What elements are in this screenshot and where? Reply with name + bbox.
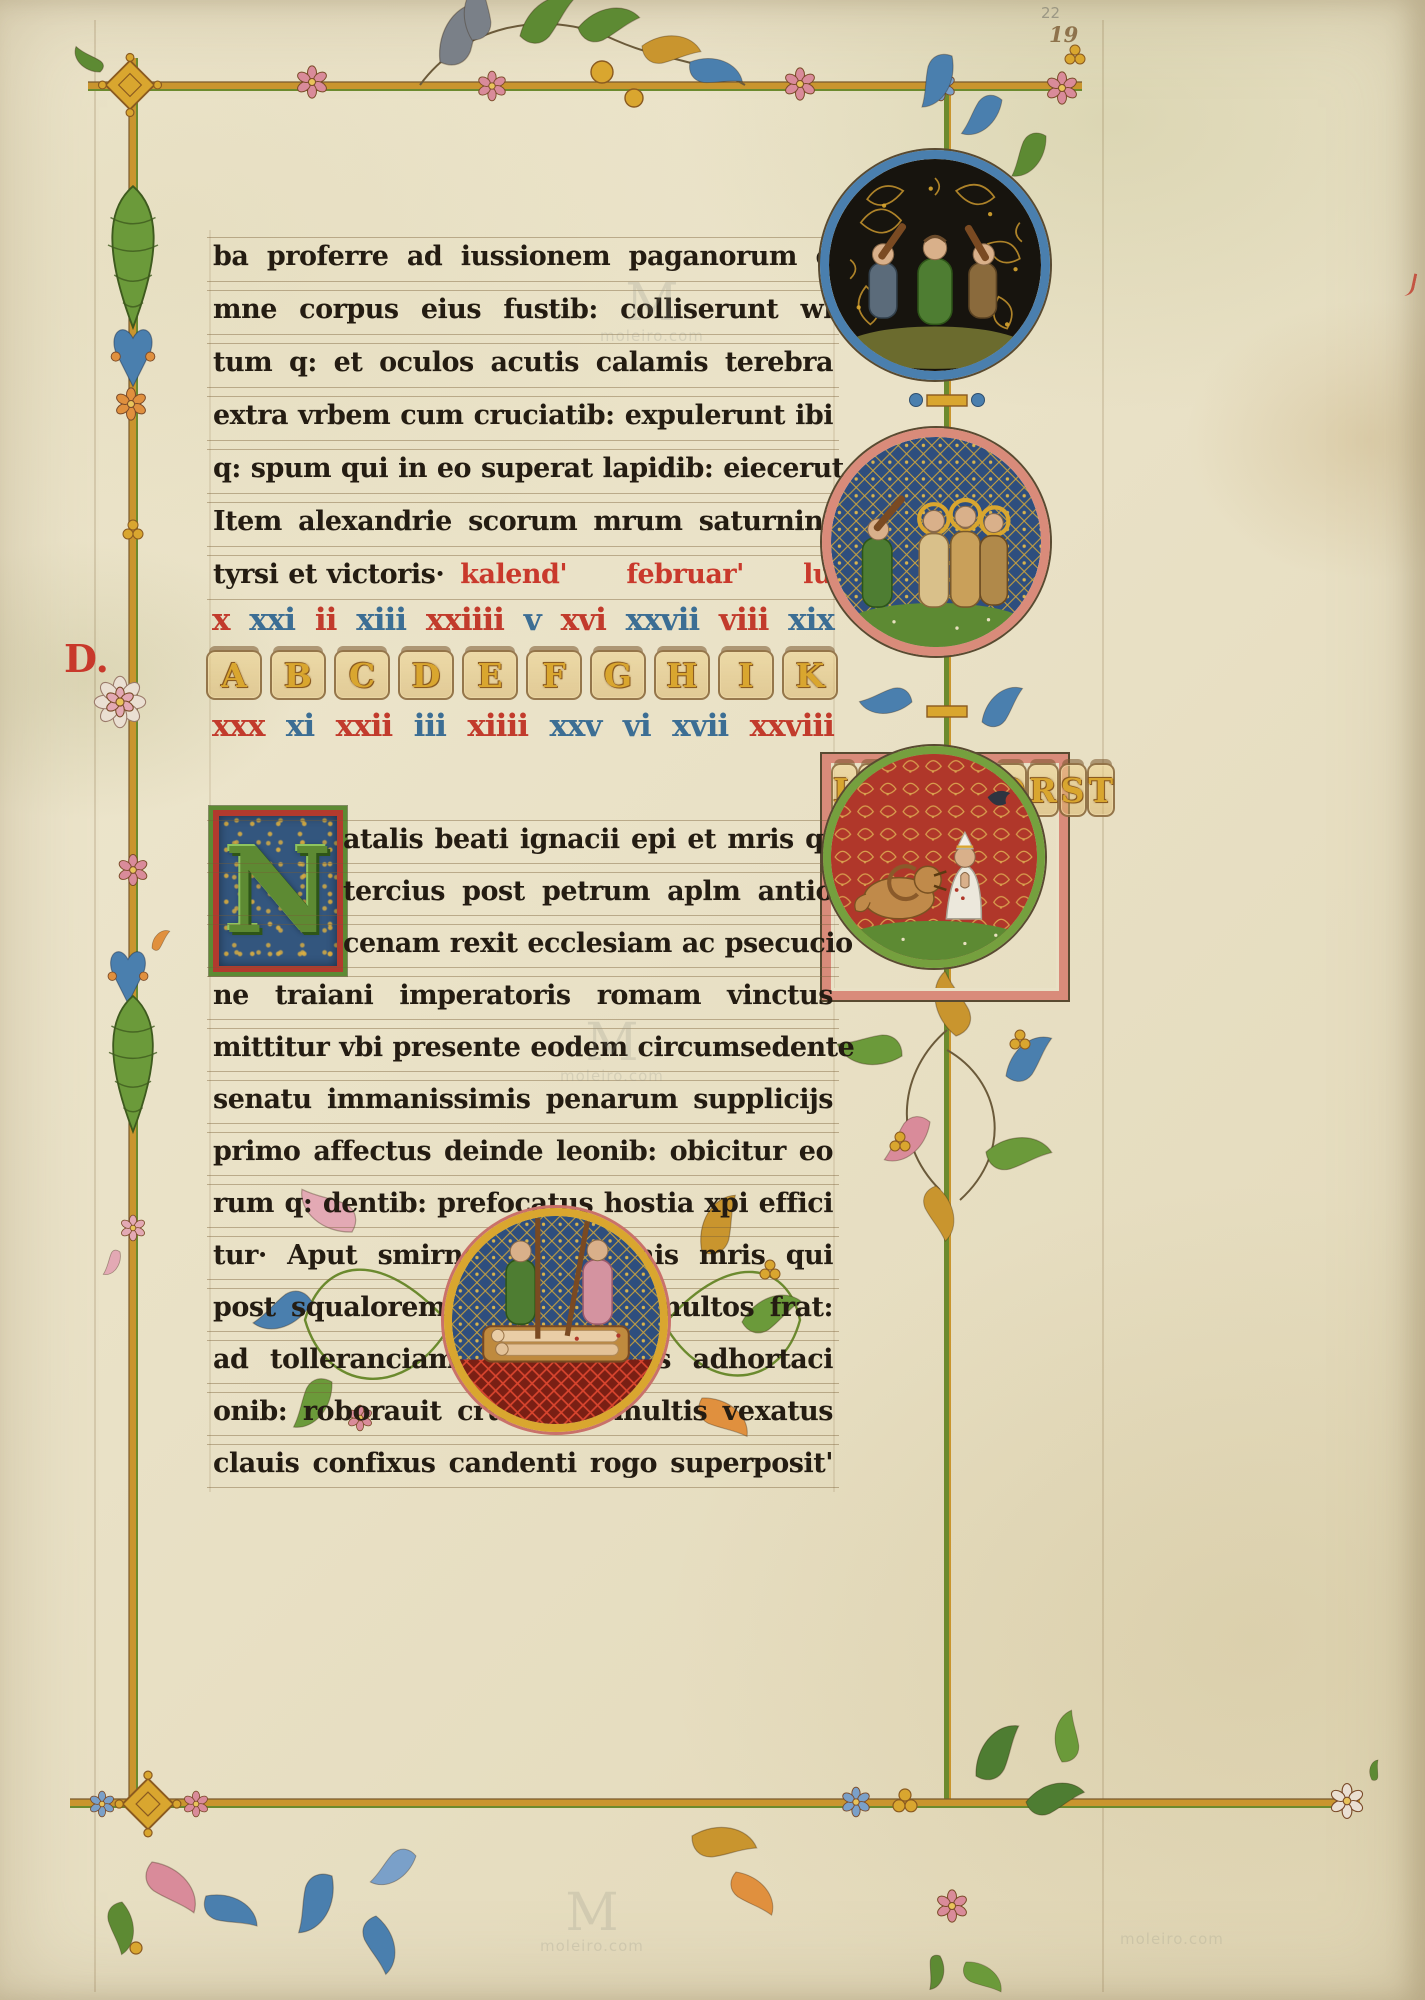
gold-letter: A: [206, 650, 262, 700]
margin-letter-D: D.: [64, 636, 109, 681]
red-edge-mark: [1396, 270, 1418, 297]
martyrology-text-block-1: ba proferre ad iussionem paganorum o mne…: [213, 232, 833, 603]
text-line: atalis beati ignacii epi et mris q:: [213, 815, 833, 867]
watermark: M moleiro.com: [540, 1890, 644, 1955]
text-line: mittitur vbi presente eodem circumsedent…: [213, 1023, 833, 1075]
gold-letter: F: [526, 650, 582, 700]
lunar-numeral: xxii: [336, 708, 393, 744]
kalend-rubric: kalend' februar' luna·: [460, 550, 877, 603]
lunar-numeral: ii: [315, 602, 337, 638]
lunar-numeral: x: [212, 602, 229, 638]
lunar-numeral: xvii: [672, 708, 728, 744]
miniature-st-ignatius-and-the-lions: [823, 746, 1045, 968]
text-line: cenam rexit ecclesiam ac psecucio: [213, 919, 833, 971]
watermark-monogram: M: [540, 1890, 644, 1937]
text-line: Item alexandrie scorum mrum saturnini: [213, 497, 833, 550]
lunar-numeral: xvi: [561, 602, 606, 638]
watermark-text: moleiro.com: [1120, 1930, 1224, 1948]
gold-letter: G: [590, 650, 646, 700]
lunar-numeral-row-1: x xxi ii xiii xxiiii v xvi xxvii viii xi…: [212, 602, 834, 638]
gold-letter: B: [270, 650, 326, 700]
gold-letter: E: [462, 650, 518, 700]
lunar-numeral: vi: [623, 708, 651, 744]
gold-letter: T: [1087, 763, 1116, 817]
text-line: ba proferre ad iussionem paganorum o: [213, 232, 833, 285]
text-line: primo affectus deinde leonib: obicitur e…: [213, 1127, 833, 1179]
lunar-numeral: xiii: [356, 602, 406, 638]
lunar-numeral: xxiiii: [426, 602, 504, 638]
text-line: clauis confixus candenti rogo superposit…: [213, 1439, 833, 1491]
text-line: tum q: et oculos acutis calamis terebra: [213, 338, 833, 391]
lunar-numeral: xxviii: [750, 708, 834, 744]
gold-letter: K: [782, 650, 838, 700]
lunar-numeral: v: [524, 602, 541, 638]
lunar-numeral-row-2: xxx xi xxii iii xiiii xxv vi xvii xxviii: [212, 708, 834, 744]
lunar-numeral: xiiii: [467, 708, 528, 744]
folio-number: 19: [1049, 22, 1078, 47]
text-line: tercius post petrum aplm antio: [213, 867, 833, 919]
lunar-numeral: iii: [414, 708, 446, 744]
lunar-numeral: xxv: [549, 708, 601, 744]
lunar-numeral: xxx: [212, 708, 264, 744]
lunar-numeral: xi: [286, 708, 314, 744]
gold-letter: C: [334, 650, 390, 700]
pencil-mark: 22: [1041, 4, 1060, 22]
lunar-numeral: viii: [719, 602, 768, 638]
lunar-numeral: xix: [788, 602, 834, 638]
lunar-numeral: xxi: [249, 602, 295, 638]
text-line: senatu immanissimis penarum supplicijs: [213, 1075, 833, 1127]
lunar-numeral: xxvii: [626, 602, 700, 638]
watermark: moleiro.com: [1120, 1930, 1224, 1948]
manuscript-page: ba proferre ad iussionem paganorum o mne…: [0, 0, 1425, 2000]
text-line: mne corpus eius fustib: colliserunt wl: [213, 285, 833, 338]
miniature-martyrs-on-the-pyre: [444, 1208, 668, 1432]
saints-names: tyrsi et victoris·: [213, 550, 444, 603]
text-line: extra vrbem cum cruciatib: expulerunt ib…: [213, 391, 833, 444]
watermark-text: moleiro.com: [540, 1937, 644, 1955]
miniature-saints-led-to-martyrdom: [822, 428, 1050, 656]
text-line-with-rubric: tyrsi et victoris· kalend' februar' luna…: [213, 550, 877, 603]
gold-letter: H: [654, 650, 710, 700]
gold-letter: S: [1059, 763, 1087, 817]
miniature-saint-beaten-with-clubs: [820, 150, 1050, 380]
text-line: ne traiani imperatoris romam vinctus: [213, 971, 833, 1023]
text-line: q: spum qui in eo superat lapidib: eiece…: [213, 444, 833, 497]
dominical-letter-row-1: A B C D E F G H I K: [206, 650, 838, 700]
gold-letter: D: [398, 650, 454, 700]
gold-letter: I: [718, 650, 774, 700]
